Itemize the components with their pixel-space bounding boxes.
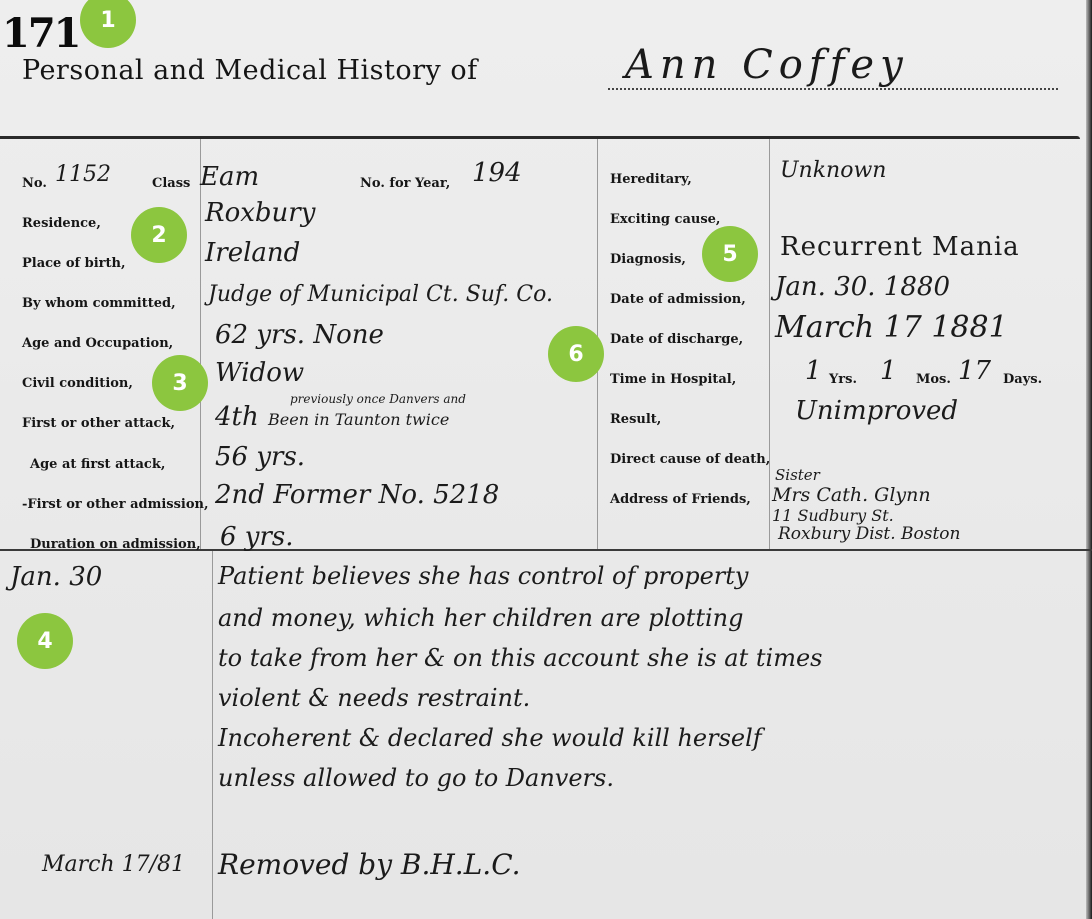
value-result: Unimproved [795,396,958,426]
label-first-other-attack: First or other attack, [22,416,175,431]
label-class: Class [152,176,190,191]
value-number: 1152 [55,162,111,187]
value-class: Eam [200,162,259,192]
label-cause-of-death: Direct cause of death, [610,452,770,467]
value-months: 1 [880,356,897,386]
label-time-in-hospital: Time in Hospital, [610,372,736,387]
annotation-badge-6: 6 [548,326,604,382]
value-date-discharge: March 17 1881 [775,310,1008,345]
value-first-other-attack: 4th [215,402,259,432]
name-dotted-line [608,88,1058,90]
friend-relation: Sister [775,466,820,484]
value-civil-condition: Widow [215,358,304,388]
value-years: 1 [805,356,822,386]
value-place-of-birth: Ireland [205,238,300,268]
value-first-other-admission: 2nd Former No. 5218 [215,480,499,510]
page-number: 171 [2,10,80,57]
label-date-discharge: Date of discharge, [610,332,743,347]
note-date: March 17/81 [42,852,185,877]
note-line: and money, which her children are plotti… [218,604,743,632]
value-age-occupation: 62 yrs. None [215,320,384,350]
label-years: Yrs. [829,372,857,387]
annotation-badge-3: 3 [152,355,208,411]
value-residence: Roxbury [205,198,315,228]
ledger-page: 171 Personal and Medical History of Ann … [0,0,1092,919]
page-edge-shadow [1086,0,1092,919]
label-diagnosis: Diagnosis, [610,252,686,267]
friend-city: Roxbury Dist. Boston [778,524,960,544]
label-days: Days. [1003,372,1042,387]
top-rule [0,136,1080,139]
value-duration-admission: 6 yrs. [220,522,294,552]
attack-note-above: previously once Danvers and [290,392,466,406]
label-civil-condition: Civil condition, [22,376,133,391]
label-duration-admission: Duration on admission, [30,537,201,552]
note-line: violent & needs restraint. [218,684,530,712]
label-no-for-year: No. for Year, [360,176,450,191]
value-committed-by: Judge of Municipal Ct. Suf. Co. [208,282,553,307]
note-date: Jan. 30 [10,562,102,592]
friend-name: Mrs Cath. Glynn [772,484,931,506]
page-title: Personal and Medical History of [22,55,478,86]
label-committed-by: By whom committed, [22,296,176,311]
value-diagnosis: Recurrent Mania [780,232,1020,262]
column-divider [200,139,201,549]
label-age-first-attack: Age at first attack, [30,457,165,472]
annotation-badge-4: 4 [17,613,73,669]
label-place-of-birth: Place of birth, [22,256,126,271]
patient-name: Ann Coffey [625,42,909,88]
label-date-admission: Date of admission, [610,292,746,307]
note-line: Incoherent & declared she would kill her… [218,724,762,752]
value-date-admission: Jan. 30. 1880 [775,272,950,302]
label-number: No. [22,176,47,191]
friend-street: 11 Sudbury St. [772,506,894,525]
label-residence: Residence, [22,216,101,231]
annotation-badge-2: 2 [131,207,187,263]
notes-column-divider [212,551,213,919]
note-line: unless allowed to go to Danvers. [218,764,614,792]
label-hereditary: Hereditary, [610,172,692,187]
value-age-first-attack: 56 yrs. [215,442,305,472]
value-days: 17 [958,356,991,386]
attack-note-below: Been in Taunton twice [268,410,449,429]
label-first-other-admission: -First or other admission, [22,497,209,512]
label-exciting-cause: Exciting cause, [610,212,720,227]
label-age-occupation: Age and Occupation, [22,336,173,351]
annotation-badge-1: 1 [80,0,136,48]
label-result: Result, [610,412,661,427]
note-line: to take from her & on this account she i… [218,644,823,672]
note-line: Patient believes she has control of prop… [218,562,748,590]
column-divider [769,139,770,549]
note-line: Removed by B.H.L.C. [218,848,521,881]
value-no-for-year: 194 [472,158,522,188]
annotation-badge-5: 5 [702,226,758,282]
label-address-friends: Address of Friends, [610,492,751,507]
value-hereditary: Unknown [780,158,886,183]
label-months: Mos. [916,372,951,387]
